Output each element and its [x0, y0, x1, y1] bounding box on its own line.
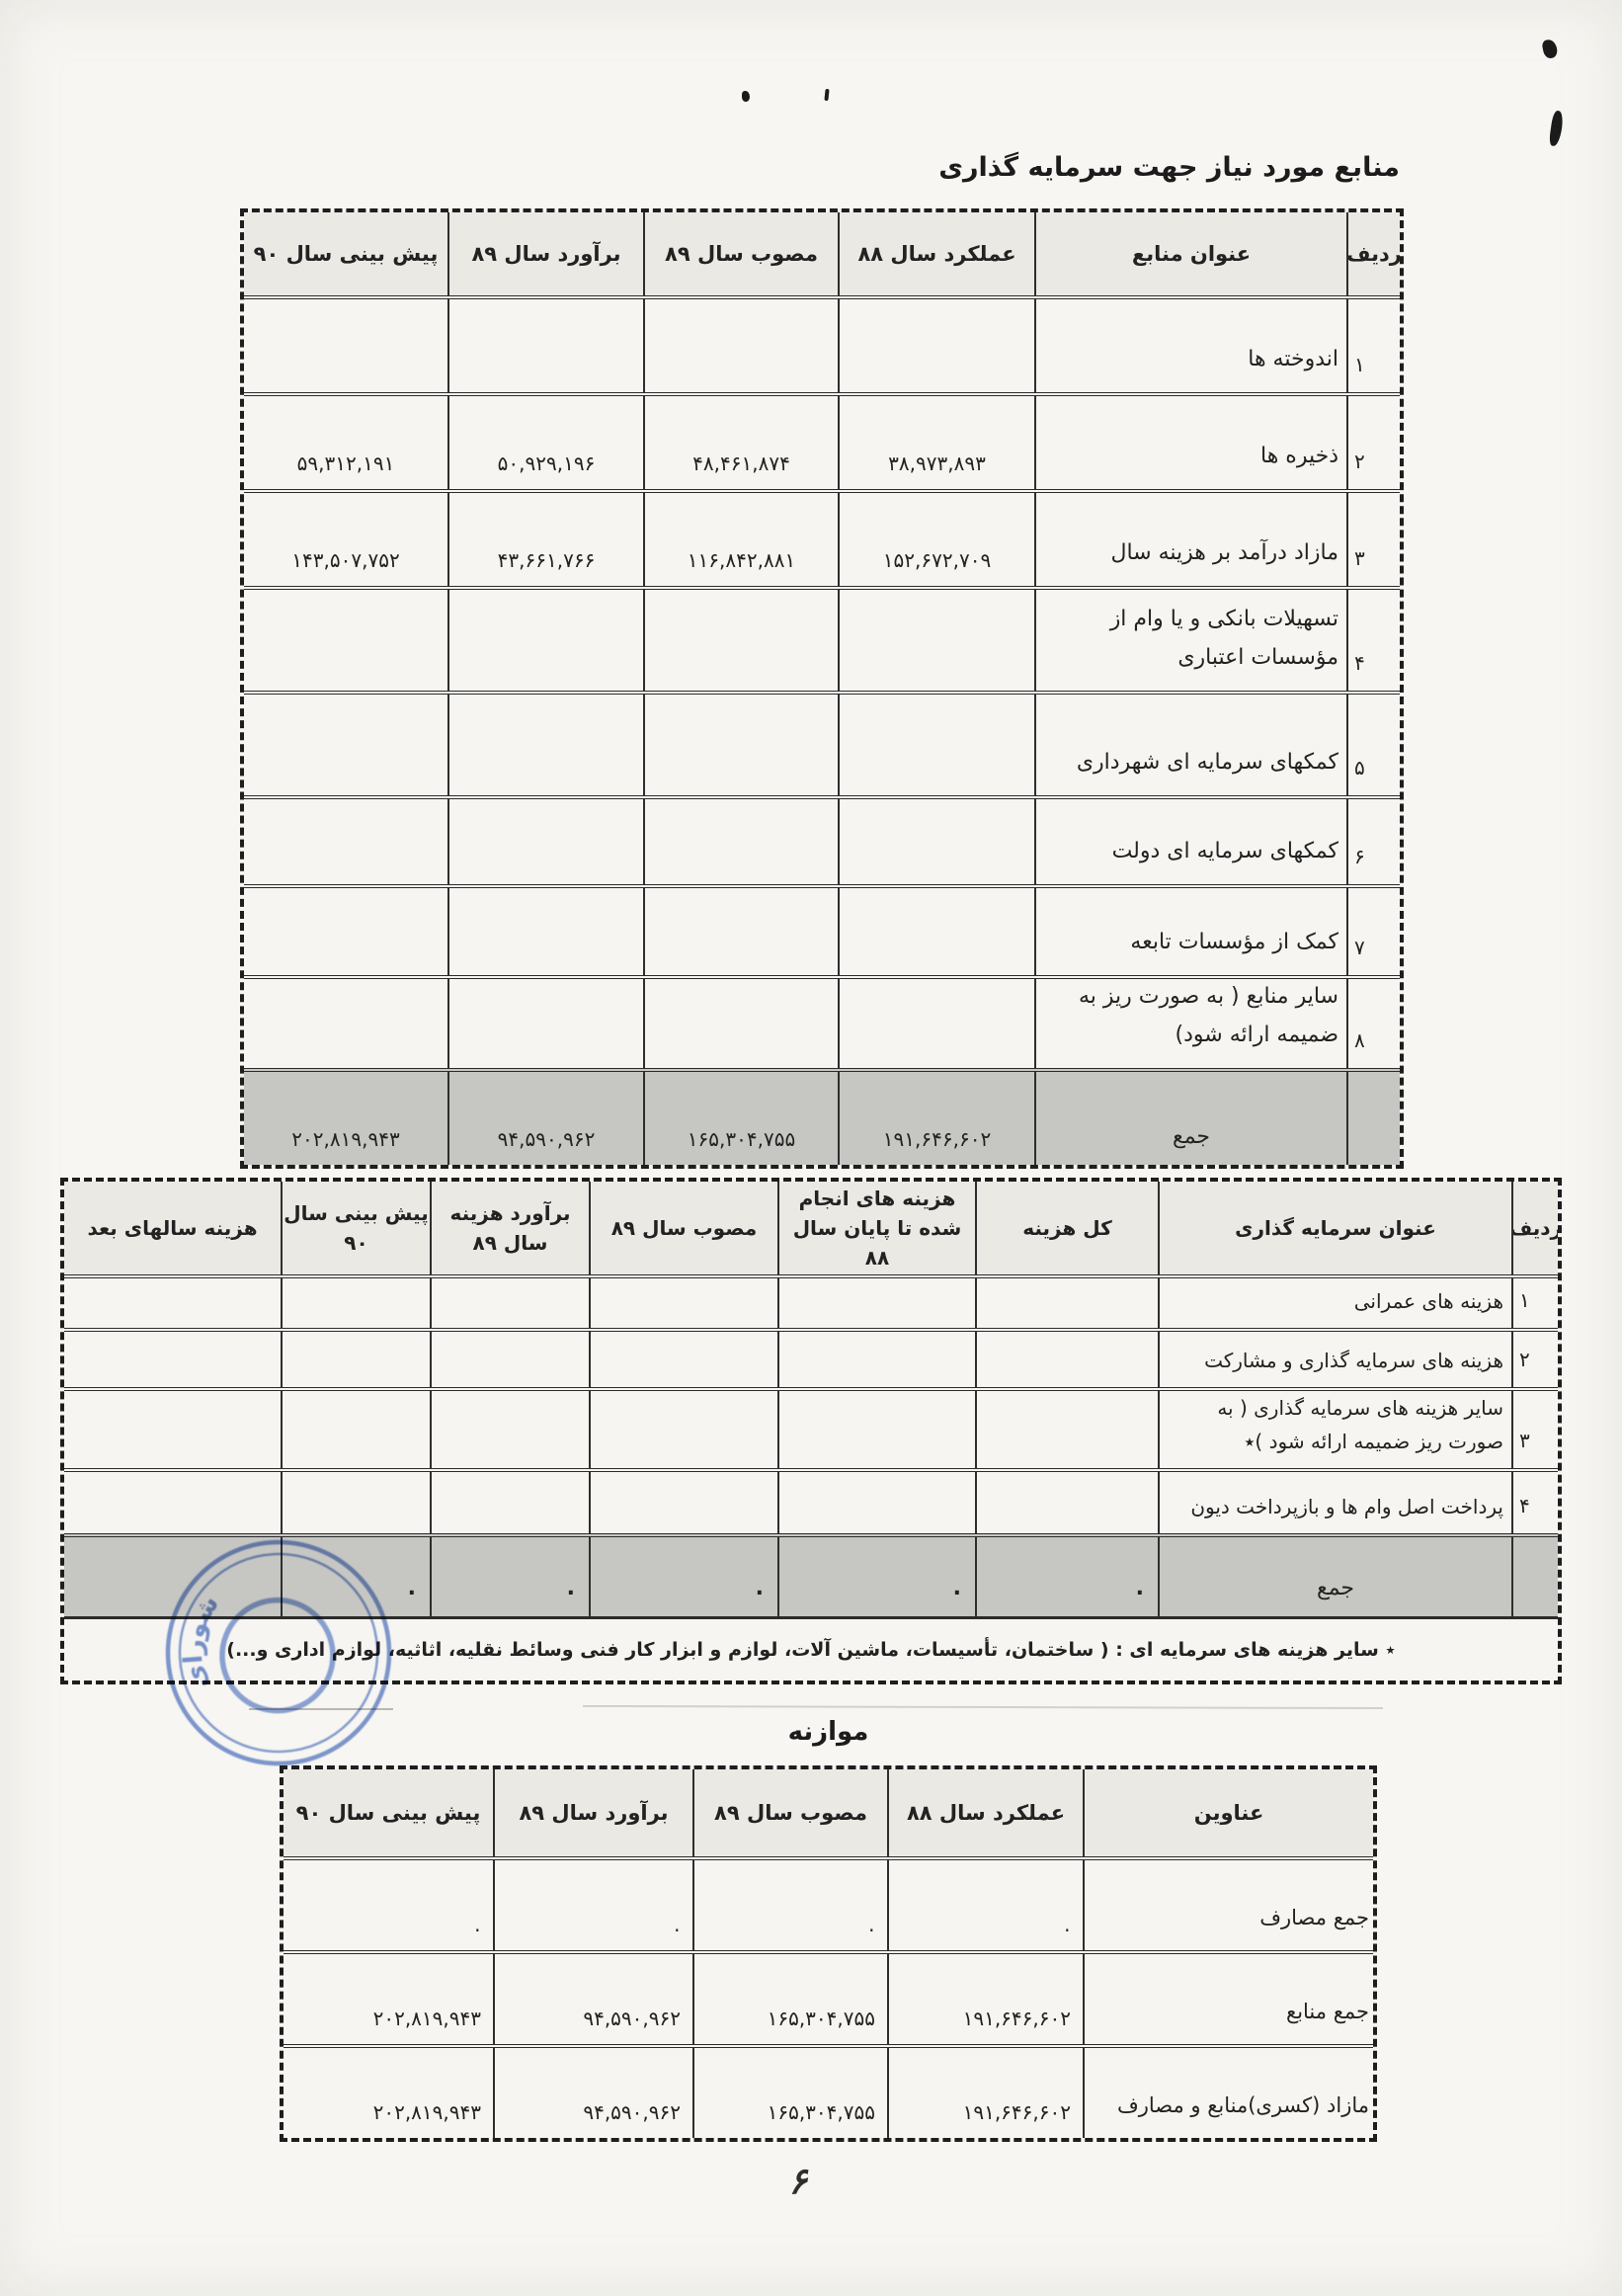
expense-label: هزینه های عمرانی — [1158, 1278, 1511, 1328]
empty-cell — [777, 1278, 975, 1328]
total-89-approved: ۱۶۵,۳۰۴,۷۵۵ — [643, 1072, 838, 1165]
table-header-row: ردیف عنوان سرمایه گذاری کل هزینه هزینه ه… — [64, 1182, 1558, 1274]
total-label: جمع — [1034, 1072, 1346, 1165]
expense-label: هزینه های سرمایه گذاری و مشارکت — [1158, 1332, 1511, 1387]
header-investment-title: عنوان سرمایه گذاری — [1158, 1182, 1511, 1274]
value-89-estimate: . — [493, 1860, 692, 1950]
row-number: ۳ — [1511, 1391, 1558, 1468]
empty-cell — [64, 1332, 281, 1387]
row-number: ۲ — [1511, 1332, 1558, 1387]
value-89-approved — [643, 590, 838, 691]
table-header-row: عناوین عملکرد سال ۸۸ مصوب سال ۸۹ برآورد … — [284, 1769, 1373, 1856]
sources-table-title: منابع مورد نیاز جهت سرمایه گذاری — [938, 152, 1400, 183]
table-row: مازاد (کسری)منابع و مصارف ۱۹۱,۶۴۶,۶۰۲ ۱۶… — [284, 2044, 1373, 2138]
total-90: ۲۰۲,۸۱۹,۹۴۳ — [244, 1072, 447, 1165]
row-number: ۴ — [1346, 590, 1400, 691]
table-row: ۷ کمک از مؤسسات تابعه — [244, 884, 1400, 975]
balance-label: جمع منابع — [1083, 1954, 1373, 2044]
value-89-approved: ۱۱۶,۸۴۲,۸۸۱ — [643, 493, 838, 586]
header-estimate-89: برآورد سال ۸۹ — [447, 212, 643, 295]
table-row: ۳ سایر هزینه های سرمایه گذاری ( به صورت … — [64, 1387, 1558, 1468]
empty-cell — [430, 1332, 589, 1387]
value-89-estimate: ۴۳,۶۶۱,۷۶۶ — [447, 493, 643, 586]
value-88: ۱۹۱,۶۴۶,۶۰۲ — [887, 2048, 1083, 2138]
scan-artifact-line — [583, 1705, 1383, 1709]
header-spent-until-88: هزینه های انجام شده تا پایان سال ۸۸ — [777, 1182, 975, 1274]
empty-cell — [430, 1391, 589, 1468]
header-row-number: ردیف — [1346, 212, 1400, 295]
header-performance-88: عملکرد سال ۸۸ — [887, 1769, 1083, 1856]
empty-cell — [975, 1391, 1158, 1468]
value-89-approved: ۱۶۵,۳۰۴,۷۵۵ — [692, 1954, 887, 2044]
row-number: ۷ — [1346, 888, 1400, 975]
table-row: ۵ کمکهای سرمایه ای شهرداری — [244, 691, 1400, 795]
table-row: ۶ کمکهای سرمایه ای دولت — [244, 795, 1400, 884]
balance-label: مازاد (کسری)منابع و مصارف — [1083, 2048, 1373, 2138]
table-row: ۱ هزینه های عمرانی — [64, 1274, 1558, 1328]
empty-cell — [281, 1332, 430, 1387]
expense-label: پرداخت اصل وام ها و بازپرداخت دیون — [1158, 1472, 1511, 1533]
row-number: ۴ — [1511, 1472, 1558, 1533]
row-number: ۸ — [1346, 979, 1400, 1068]
header-approved-89: مصوب سال ۸۹ — [643, 212, 838, 295]
header-forecast-90: پیش بینی سال ۹۰ — [244, 212, 447, 295]
value-90 — [244, 299, 447, 392]
empty-cell — [589, 1391, 777, 1468]
value-90: ۲۰۲,۸۱۹,۹۴۳ — [284, 2048, 493, 2138]
empty-cell — [589, 1472, 777, 1533]
table-row: جمع مصارف . . . . — [284, 1856, 1373, 1950]
table-row: ۴ تسهیلات بانکی و یا وام از مؤسسات اعتبا… — [244, 586, 1400, 691]
value-90 — [244, 979, 447, 1068]
row-number: ۳ — [1346, 493, 1400, 586]
value-89-approved: ۴۸,۴۶۱,۸۷۴ — [643, 396, 838, 489]
value-89-approved — [643, 888, 838, 975]
header-estimate-89: برآورد هزینه سال ۸۹ — [430, 1182, 589, 1274]
row-number: ۱ — [1511, 1278, 1558, 1328]
ink-speck — [742, 91, 750, 102]
empty-cell — [589, 1332, 777, 1387]
empty-cell — [975, 1472, 1158, 1533]
investment-sources-table: ردیف عنوان منابع عملکرد سال ۸۸ مصوب سال … — [240, 208, 1404, 1169]
source-label: ذخیره ها — [1034, 396, 1346, 489]
ink-speck — [824, 89, 829, 101]
value-90: ۱۴۳,۵۰۷,۷۵۲ — [244, 493, 447, 586]
value-88 — [838, 888, 1034, 975]
value-88 — [838, 695, 1034, 795]
value-89-estimate — [447, 590, 643, 691]
header-titles: عناوین — [1083, 1769, 1373, 1856]
page-number: ۶ — [787, 2161, 809, 2202]
table-row: جمع منابع ۱۹۱,۶۴۶,۶۰۲ ۱۶۵,۳۰۴,۷۵۵ ۹۴,۵۹۰… — [284, 1950, 1373, 2044]
balance-label: جمع مصارف — [1083, 1860, 1373, 1950]
header-later-years: هزینه سالهای بعد — [64, 1182, 281, 1274]
row-number: ۲ — [1346, 396, 1400, 489]
value-90: ۵۹,۳۱۲,۱۹۱ — [244, 396, 447, 489]
row-number — [1511, 1537, 1558, 1616]
value-88 — [838, 590, 1034, 691]
header-total-cost: کل هزینه — [975, 1182, 1158, 1274]
value-88 — [838, 299, 1034, 392]
empty-cell — [777, 1472, 975, 1533]
value-89-approved: ۱۶۵,۳۰۴,۷۵۵ — [692, 2048, 887, 2138]
value-88: . — [887, 1860, 1083, 1950]
table-row: ۱ اندوخته ها — [244, 295, 1400, 392]
ink-speck — [1541, 39, 1559, 59]
value-88 — [838, 799, 1034, 884]
header-approved-89: مصوب سال ۸۹ — [692, 1769, 887, 1856]
total-88: ۱۹۱,۶۴۶,۶۰۲ — [838, 1072, 1034, 1165]
value-89-approved — [643, 695, 838, 795]
header-forecast-90: پیش بینی سال ۹۰ — [281, 1182, 430, 1274]
value-89-approved: . — [692, 1860, 887, 1950]
empty-cell — [975, 1278, 1158, 1328]
empty-cell — [281, 1278, 430, 1328]
value-90: ۲۰۲,۸۱۹,۹۴۳ — [284, 1954, 493, 2044]
value-88: ۳۸,۹۷۳,۸۹۳ — [838, 396, 1034, 489]
value-88: ۱۵۲,۶۷۲,۷۰۹ — [838, 493, 1034, 586]
source-label: کمک از مؤسسات تابعه — [1034, 888, 1346, 975]
source-label: اندوخته ها — [1034, 299, 1346, 392]
value-89-estimate — [447, 695, 643, 795]
table-row: ۲ هزینه های سرمایه گذاری و مشارکت — [64, 1328, 1558, 1387]
source-label: تسهیلات بانکی و یا وام از مؤسسات اعتباری — [1034, 590, 1346, 691]
header-row-number: ردیف — [1511, 1182, 1558, 1274]
header-performance-88: عملکرد سال ۸۸ — [838, 212, 1034, 295]
row-number — [1346, 1072, 1400, 1165]
empty-cell — [975, 1332, 1158, 1387]
value-90: . — [284, 1860, 493, 1950]
value-89-estimate — [447, 888, 643, 975]
header-forecast-90: پیش بینی سال ۹۰ — [284, 1769, 493, 1856]
balance-table: عناوین عملکرد سال ۸۸ مصوب سال ۸۹ برآورد … — [280, 1765, 1377, 2142]
source-label: کمکهای سرمایه ای شهرداری — [1034, 695, 1346, 795]
expense-label: سایر هزینه های سرمایه گذاری ( به صورت ری… — [1158, 1391, 1511, 1468]
header-estimate-89: برآورد سال ۸۹ — [493, 1769, 692, 1856]
source-label: سایر منابع ( به صورت ریز به ضمیمه ارائه … — [1034, 979, 1346, 1068]
header-source-title: عنوان منابع — [1034, 212, 1346, 295]
row-number: ۵ — [1346, 695, 1400, 795]
total-dot: . — [975, 1537, 1158, 1616]
value-89-estimate — [447, 979, 643, 1068]
total-dot: . — [589, 1537, 777, 1616]
source-label: مازاد درآمد بر هزینه سال — [1034, 493, 1346, 586]
value-89-estimate: ۵۰,۹۲۹,۱۹۶ — [447, 396, 643, 489]
empty-cell — [281, 1391, 430, 1468]
value-90 — [244, 695, 447, 795]
empty-cell — [430, 1278, 589, 1328]
value-89-approved — [643, 299, 838, 392]
total-dot: . — [430, 1537, 589, 1616]
empty-cell — [64, 1472, 281, 1533]
row-number: ۱ — [1346, 299, 1400, 392]
empty-cell — [430, 1472, 589, 1533]
value-88 — [838, 979, 1034, 1068]
total-dot: . — [777, 1537, 975, 1616]
table-row: ۳ مازاد درآمد بر هزینه سال ۱۵۲,۶۷۲,۷۰۹ ۱… — [244, 489, 1400, 586]
total-label: جمع — [1158, 1537, 1511, 1616]
balance-table-title: موازنه — [280, 1717, 1377, 1747]
value-89-approved — [643, 799, 838, 884]
total-89-estimate: ۹۴,۵۹۰,۹۶۲ — [447, 1072, 643, 1165]
empty-cell — [64, 1278, 281, 1328]
value-89-estimate — [447, 799, 643, 884]
scanned-budget-form-page: منابع مورد نیاز جهت سرمایه گذاری ردیف عن… — [0, 0, 1622, 2296]
table-total-row: جمع ۱۹۱,۶۴۶,۶۰۲ ۱۶۵,۳۰۴,۷۵۵ ۹۴,۵۹۰,۹۶۲ ۲… — [244, 1068, 1400, 1165]
source-label: کمکهای سرمایه ای دولت — [1034, 799, 1346, 884]
value-89-estimate: ۹۴,۵۹۰,۹۶۲ — [493, 1954, 692, 2044]
table-row: ۲ ذخیره ها ۳۸,۹۷۳,۸۹۳ ۴۸,۴۶۱,۸۷۴ ۵۰,۹۲۹,… — [244, 392, 1400, 489]
value-89-estimate — [447, 299, 643, 392]
empty-cell — [64, 1391, 281, 1468]
empty-cell — [777, 1391, 975, 1468]
table-row: ۸ سایر منابع ( به صورت ریز به ضمیمه ارائ… — [244, 975, 1400, 1068]
value-90 — [244, 799, 447, 884]
value-89-estimate: ۹۴,۵۹۰,۹۶۲ — [493, 2048, 692, 2138]
table-header-row: ردیف عنوان منابع عملکرد سال ۸۸ مصوب سال … — [244, 212, 1400, 295]
value-89-approved — [643, 979, 838, 1068]
ink-speck — [1549, 110, 1565, 146]
empty-cell — [589, 1278, 777, 1328]
value-90 — [244, 590, 447, 691]
row-number: ۶ — [1346, 799, 1400, 884]
header-approved-89: مصوب سال ۸۹ — [589, 1182, 777, 1274]
value-90 — [244, 888, 447, 975]
empty-cell — [777, 1332, 975, 1387]
value-88: ۱۹۱,۶۴۶,۶۰۲ — [887, 1954, 1083, 2044]
